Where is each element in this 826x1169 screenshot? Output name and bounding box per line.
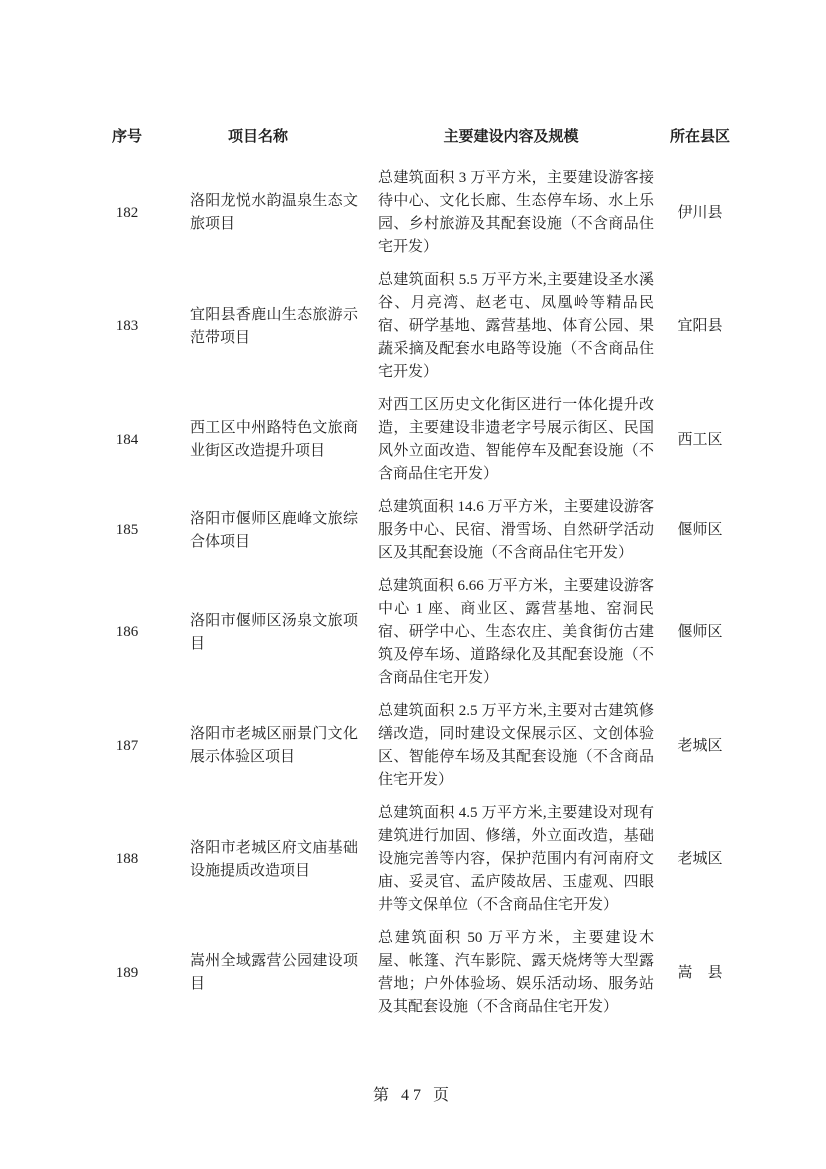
serial-number-cell: 182 — [104, 202, 150, 225]
project-name-cell: 洛阳市老城区府文庙基础设施提质改造项目 — [150, 837, 366, 883]
district-cell: 嵩 县 — [656, 962, 744, 985]
project-name-cell: 西工区中州路特色文旅商业街区改造提升项目 — [150, 417, 366, 463]
serial-number-cell: 184 — [104, 429, 150, 452]
district-cell: 偃师区 — [656, 621, 744, 644]
header-district: 所在县区 — [656, 126, 744, 149]
serial-number-cell: 183 — [104, 315, 150, 338]
project-name-cell: 洛阳市偃师区鹿峰文旅综合体项目 — [150, 508, 366, 554]
construction-content-cell: 总建筑面积 3 万平方米，主要建设游客接待中心、文化长廊、生态停车场、水上乐园、… — [366, 167, 656, 259]
serial-number-cell: 185 — [104, 519, 150, 542]
construction-content-cell: 总建筑面积 5.5 万平方米,主要建设圣水溪谷、月亮湾、赵老屯、凤凰岭等精品民宿… — [366, 269, 656, 384]
project-name-cell: 宜阳县香鹿山生态旅游示范带项目 — [150, 304, 366, 350]
page-number-footer: 第 47 页 — [0, 1082, 826, 1105]
project-name-cell: 洛阳市老城区丽景门文化展示体验区项目 — [150, 723, 366, 769]
district-cell: 伊川县 — [656, 202, 744, 225]
construction-content-cell: 总建筑面积 50 万平方米，主要建设木屋、帐篷、汽车影院、露天烧烤等大型露营地；… — [366, 927, 656, 1019]
table-row: 184 西工区中州路特色文旅商业街区改造提升项目 对西工区历史文化街区进行一体化… — [104, 389, 744, 491]
construction-content-cell: 总建筑面积 4.5 万平方米,主要建设对现有建筑进行加固、修缮，外立面改造，基础… — [366, 802, 656, 917]
serial-number-cell: 186 — [104, 621, 150, 644]
table-body: 182 洛阳龙悦水韵温泉生态文旅项目 总建筑面积 3 万平方米，主要建设游客接待… — [104, 162, 744, 1024]
district-cell: 偃师区 — [656, 519, 744, 542]
table-row: 185 洛阳市偃师区鹿峰文旅综合体项目 总建筑面积 14.6 万平方米，主要建设… — [104, 491, 744, 570]
table-row: 183 宜阳县香鹿山生态旅游示范带项目 总建筑面积 5.5 万平方米,主要建设圣… — [104, 264, 744, 389]
serial-number-cell: 187 — [104, 735, 150, 758]
construction-content-cell: 总建筑面积 2.5 万平方米,主要对古建筑修缮改造，同时建设文保展示区、文创体验… — [366, 700, 656, 792]
table-row: 187 洛阳市老城区丽景门文化展示体验区项目 总建筑面积 2.5 万平方米,主要… — [104, 695, 744, 797]
project-name-cell: 洛阳市偃师区汤泉文旅项目 — [150, 610, 366, 656]
project-name-cell: 洛阳龙悦水韵温泉生态文旅项目 — [150, 190, 366, 236]
table-header-row: 序号 项目名称 主要建设内容及规模 所在县区 — [104, 126, 744, 149]
header-construction-content: 主要建设内容及规模 — [366, 126, 656, 149]
document-page: 序号 项目名称 主要建设内容及规模 所在县区 182 洛阳龙悦水韵温泉生态文旅项… — [104, 126, 744, 1024]
construction-content-cell: 总建筑面积 14.6 万平方米，主要建设游客服务中心、民宿、滑雪场、自然研学活动… — [366, 496, 656, 565]
table-row: 188 洛阳市老城区府文庙基础设施提质改造项目 总建筑面积 4.5 万平方米,主… — [104, 797, 744, 922]
construction-content-cell: 对西工区历史文化街区进行一体化提升改造，主要建设非遗老字号展示街区、民国风外立面… — [366, 394, 656, 486]
project-name-cell: 嵩州全域露营公园建设项目 — [150, 950, 366, 996]
table-row: 182 洛阳龙悦水韵温泉生态文旅项目 总建筑面积 3 万平方米，主要建设游客接待… — [104, 162, 744, 264]
header-serial-number: 序号 — [104, 126, 150, 149]
serial-number-cell: 189 — [104, 962, 150, 985]
table-row: 186 洛阳市偃师区汤泉文旅项目 总建筑面积 6.66 万平方米，主要建设游客中… — [104, 570, 744, 695]
construction-content-cell: 总建筑面积 6.66 万平方米，主要建设游客中心 1 座、商业区、露营基地、窑洞… — [366, 575, 656, 690]
district-cell: 老城区 — [656, 848, 744, 871]
district-cell: 宜阳县 — [656, 315, 744, 338]
table-row: 189 嵩州全域露营公园建设项目 总建筑面积 50 万平方米，主要建设木屋、帐篷… — [104, 922, 744, 1024]
district-cell: 西工区 — [656, 429, 744, 452]
header-project-name: 项目名称 — [150, 126, 366, 149]
district-cell: 老城区 — [656, 735, 744, 758]
serial-number-cell: 188 — [104, 848, 150, 871]
